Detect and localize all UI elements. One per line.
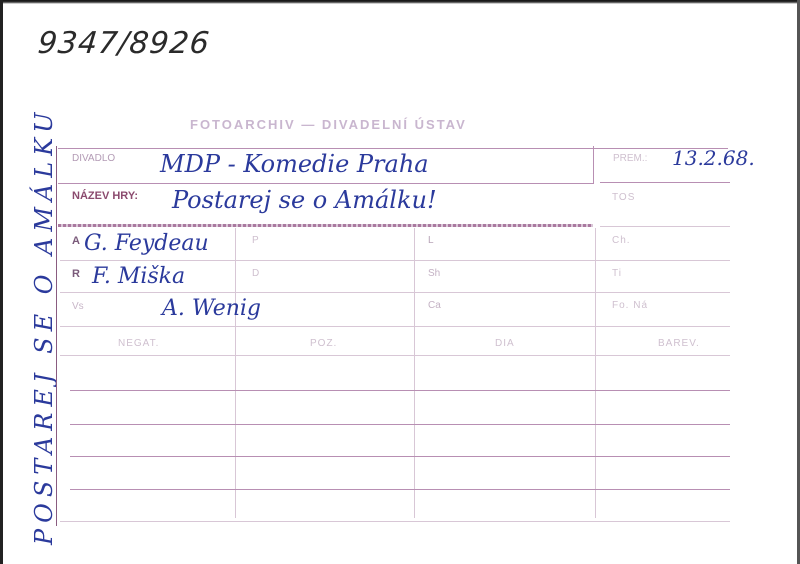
credit-label-author: A [72, 235, 80, 247]
vertical-play-title: POSTAREJ SE O AMÁLKU [30, 106, 58, 545]
table-header-color: BAREV. [658, 338, 700, 349]
right-label-l: L [428, 235, 434, 246]
credits-row-line-3 [60, 326, 730, 327]
right-label-sh: Sh [428, 268, 440, 279]
theatre-label: DIVADLO [72, 153, 115, 164]
credits-row-line-2 [60, 292, 730, 293]
play-title-value: Postarej se o Amálku! [172, 186, 437, 214]
form-line-tos [600, 226, 730, 227]
form-divider [58, 224, 593, 227]
far-right-label-1: Ch. [612, 235, 631, 246]
credit-label-director: R [72, 268, 80, 280]
play-title-label: NÁZEV HRY: [72, 190, 138, 202]
form-line-premiere [600, 182, 730, 183]
credit-label-set-designer: Vs [72, 301, 84, 312]
table-row-line-3 [70, 456, 730, 457]
inventory-number: 9347/8926 [36, 26, 211, 61]
col-divider-2 [414, 228, 415, 518]
credit-value-author: G. Feydeau [84, 231, 209, 256]
form-left-border [56, 146, 57, 526]
tos-label: TOS [612, 192, 635, 203]
table-header-line [60, 355, 730, 356]
credit-value-director: F. Miška [92, 264, 185, 289]
premiere-divider [593, 146, 594, 184]
col-divider-1 [235, 228, 236, 518]
premiere-label: PREM.: [613, 153, 647, 164]
scan-edge-top [0, 0, 800, 4]
right-label-ca: Ca [428, 300, 441, 311]
middle-label-d: D [252, 268, 260, 279]
far-right-label-2: Ti [612, 268, 622, 279]
credits-row-line-1 [60, 260, 730, 261]
form-bottom-line [60, 521, 730, 522]
table-row-line-2 [70, 424, 730, 425]
col-divider-3 [595, 228, 596, 518]
premiere-value: 13.2.68. [672, 146, 755, 170]
credit-value-set-designer: A. Wenig [162, 296, 261, 321]
table-header-negatives: NEGAT. [118, 338, 159, 349]
form-line-theatre [58, 183, 593, 184]
table-header-positives: POZ. [310, 338, 337, 349]
archive-stamp-header: FOTOARCHIV — DIVADELNÍ ÚSTAV [190, 117, 467, 132]
scan-edge-left [0, 0, 3, 564]
table-header-slides: DIA [495, 338, 515, 349]
form-top-line [58, 148, 728, 149]
far-right-label-3: Fo. Ná [612, 300, 648, 311]
middle-label-p: P [252, 235, 260, 246]
table-row-line-1 [70, 390, 730, 391]
table-row-line-4 [70, 489, 730, 490]
theatre-value: MDP - Komedie Praha [160, 150, 429, 178]
